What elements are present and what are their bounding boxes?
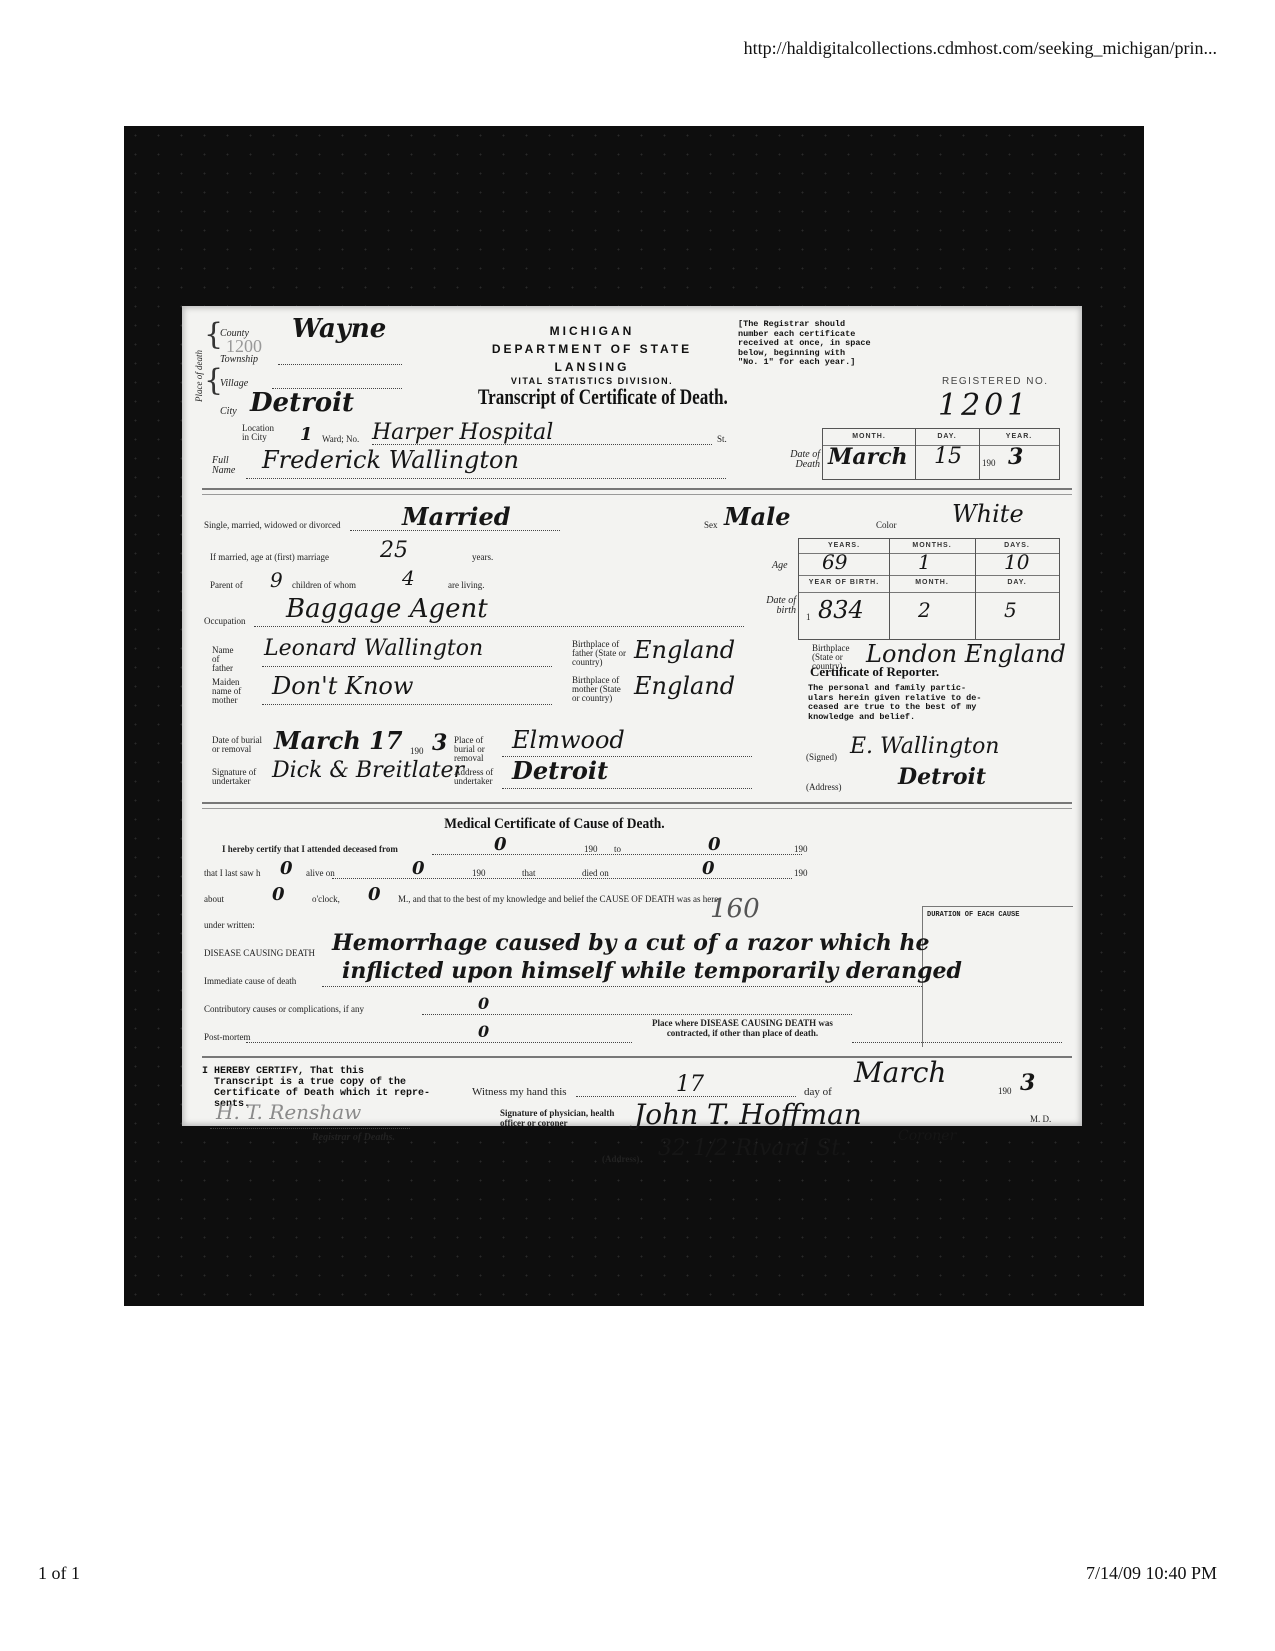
mother-line xyxy=(262,704,552,705)
year-prefix: 190 xyxy=(584,844,598,854)
died-on-label: died on xyxy=(582,868,609,878)
burial-year-suffix: 3 xyxy=(432,730,447,756)
place-of-death-side-label: Place of death xyxy=(194,350,204,402)
undertaker-address-label: Address of undertaker xyxy=(454,768,500,786)
reporter-title: Certificate of Reporter. xyxy=(810,664,939,680)
immediate-cause-value: inflicted upon himself while temporarily… xyxy=(342,958,962,984)
registrar-note: [The Registrar should number each certif… xyxy=(738,320,871,368)
oclock-label: o'clock, xyxy=(312,894,340,904)
state-heading: MICHIGAN xyxy=(482,324,702,338)
city-value: Detroit xyxy=(250,388,354,418)
alive-on-label: alive on xyxy=(306,868,335,878)
age-at-marriage-label: If married, age at (first) marriage xyxy=(210,552,329,562)
place-contracted-label: Place where DISEASE CAUSING DEATH was co… xyxy=(652,1018,833,1038)
col-year: YEAR. xyxy=(979,433,1059,440)
full-name-line xyxy=(246,478,726,479)
city-label: City xyxy=(220,406,237,417)
contributory-line xyxy=(422,1014,852,1015)
age-months: 1 xyxy=(918,550,931,574)
birth-month: 2 xyxy=(918,598,931,622)
street-line xyxy=(372,444,712,445)
witness-month: March xyxy=(854,1056,946,1089)
mother-birthplace-value: England xyxy=(634,672,735,700)
place-contracted-line xyxy=(852,1042,1062,1043)
physician-address: 32 1/2 Rivard St. xyxy=(658,1136,847,1161)
place-contracted-line: contracted, if other than place of death… xyxy=(652,1028,833,1038)
cause-of-death-intro: M., and that to the best of my knowledge… xyxy=(398,894,721,904)
post-mortem-value: 0 xyxy=(478,1022,489,1041)
death-certificate: Place of death { { County 1200 Wayne Tow… xyxy=(182,306,1082,1126)
disease-value: Hemorrhage caused by a cut of a razor wh… xyxy=(332,930,930,956)
children-living: 4 xyxy=(402,566,415,590)
undertaker-signature-label: Signature of undertaker xyxy=(212,768,264,786)
last-saw-line xyxy=(332,878,792,879)
children-mid-label: children of whom xyxy=(292,580,356,590)
physician-signature: John T. Hoffman xyxy=(634,1098,862,1131)
day-of-label: day of xyxy=(804,1086,832,1098)
medical-line1-text: I hereby certify that I attended decease… xyxy=(222,844,398,854)
print-footer-datetime: 7/14/09 10:40 PM xyxy=(1086,1563,1217,1584)
department-heading: DEPARTMENT OF STATE xyxy=(442,342,742,356)
to-label: to xyxy=(614,844,621,854)
post-mortem-label: Post-mortem xyxy=(204,1032,251,1042)
children-suffix: are living. xyxy=(448,580,485,590)
last-saw-value: 0 xyxy=(280,858,293,879)
witness-day-line xyxy=(576,1096,796,1097)
reporter-address-label: (Address) xyxy=(806,782,842,792)
age-years: 69 xyxy=(822,550,847,574)
mother-label: Maiden name of mother xyxy=(212,678,242,705)
occupation-label: Occupation xyxy=(204,616,245,626)
medical-section-title: Medical Certificate of Cause of Death. xyxy=(444,816,664,833)
color-label: Color xyxy=(876,520,897,530)
print-header-url: http://haldigitalcollections.cdmhost.com… xyxy=(744,38,1217,59)
place-contracted-line: Place where DISEASE CAUSING DEATH was xyxy=(652,1018,833,1028)
age-days: 10 xyxy=(1004,550,1029,574)
section-divider xyxy=(202,488,1072,495)
witness-year-suffix: 3 xyxy=(1020,1070,1035,1096)
col-months: MONTHS. xyxy=(889,542,975,549)
father-label: Name of father xyxy=(212,646,242,673)
annotation-160: 160 xyxy=(710,894,760,924)
full-name-value: Frederick Wallington xyxy=(262,446,519,474)
street-suffix: St. xyxy=(717,434,727,444)
year-prefix: 190 xyxy=(472,868,486,878)
children-count: 9 xyxy=(270,568,283,592)
contributory-label: Contributory causes or complications, if… xyxy=(204,1004,364,1014)
registered-no-value: 1201 xyxy=(938,388,1030,423)
reporter-address: Detroit xyxy=(898,764,986,790)
undertaker-address-line xyxy=(502,788,752,789)
disease-label: DISEASE CAUSING DEATH xyxy=(204,948,315,958)
burial-year-prefix: 190 xyxy=(410,746,424,756)
md-suffix: M. D. xyxy=(1030,1114,1051,1124)
registrar-signature-line xyxy=(210,1128,410,1129)
township-line xyxy=(278,364,402,365)
undertaker-signature: Dick & Breitlater xyxy=(272,758,464,783)
burial-date: March 17 xyxy=(274,726,403,755)
post-mortem-line xyxy=(246,1042,632,1043)
birth-day: 5 xyxy=(1004,598,1017,622)
col-years: YEARS. xyxy=(799,542,889,549)
death-year-suffix: 3 xyxy=(1008,444,1023,470)
reporter-text-line: knowledge and belief. xyxy=(808,713,981,723)
sex-value: Male xyxy=(724,502,791,531)
marital-line xyxy=(350,530,560,531)
burial-place: Elmwood xyxy=(512,726,625,754)
attended-to-value: 0 xyxy=(708,834,721,855)
death-year-prefix: 190 xyxy=(982,458,996,468)
witness-year-prefix: 190 xyxy=(998,1086,1012,1096)
sex-label: Sex xyxy=(704,520,718,530)
location-in-city-label: Location in City xyxy=(242,424,282,442)
undertaker-address: Detroit xyxy=(512,756,608,785)
registrar-signature: H. T. Renshaw xyxy=(216,1100,361,1124)
physician-address-label: (Address) xyxy=(602,1154,639,1164)
under-written-label: under written: xyxy=(204,920,255,930)
occupation-line xyxy=(254,626,744,627)
mother-birthplace-label: Birthplace of mother (State or country) xyxy=(572,676,628,703)
medical-line1: I hereby certify that I attended decease… xyxy=(222,844,398,854)
registrar-note-line: "No. 1" for each year.] xyxy=(738,358,871,368)
mother-name: Don't Know xyxy=(272,672,413,700)
died-on-value: 0 xyxy=(702,858,715,879)
father-birthplace-label: Birthplace of father (State or country) xyxy=(572,640,628,667)
street-value: Harper Hospital xyxy=(372,420,553,445)
reporter-signature: E. Wallington xyxy=(850,734,999,759)
col-year-of-birth: YEAR OF BIRTH. xyxy=(799,579,889,586)
physician-title: Coroner xyxy=(898,1128,956,1144)
about-label: about xyxy=(204,894,224,904)
reporter-text: The personal and family partic- ulars he… xyxy=(808,684,981,722)
that-label: that xyxy=(522,868,536,878)
township-label: Township xyxy=(220,354,258,365)
scanned-image-frame: Place of death { { County 1200 Wayne Tow… xyxy=(124,126,1144,1306)
col-days: DAYS. xyxy=(975,542,1059,549)
duration-label: DURATION OF EACH CAUSE xyxy=(923,907,1073,923)
birth-year-prefix: 1 xyxy=(806,612,811,622)
year-prefix: 190 xyxy=(794,844,808,854)
last-saw-label: that I last saw h xyxy=(204,868,261,878)
immediate-cause-label: Immediate cause of death xyxy=(204,976,296,986)
village-label: Village xyxy=(220,378,248,389)
certify-text-line: Transcript is a true copy of the xyxy=(202,1077,430,1088)
death-day: 15 xyxy=(934,444,962,469)
witness-day: 17 xyxy=(676,1072,704,1097)
year-prefix: 190 xyxy=(794,868,808,878)
col-birth-month: MONTH. xyxy=(889,579,975,586)
col-day: DAY. xyxy=(915,433,979,440)
father-line xyxy=(262,666,552,667)
certify-text-line: Certificate of Death which it repre- xyxy=(202,1088,430,1099)
section-divider xyxy=(202,802,1072,809)
alive-on-value: 0 xyxy=(412,858,425,879)
city-heading: LANSING xyxy=(482,360,702,374)
attended-line xyxy=(432,854,802,855)
father-birthplace-value: England xyxy=(634,636,735,664)
father-name: Leonard Wallington xyxy=(264,636,483,661)
age-label: Age xyxy=(772,560,788,571)
age-at-marriage-suffix: years. xyxy=(472,552,493,562)
certify-text-line: I HEREBY CERTIFY, That this xyxy=(202,1066,430,1077)
date-of-death-label: Date of Death xyxy=(780,450,820,470)
registrar-label: Registrar of Deaths. xyxy=(312,1132,395,1143)
ward-value: 1 xyxy=(300,424,313,445)
attended-from-value: 0 xyxy=(494,834,507,855)
death-month: March xyxy=(828,444,908,470)
occupation-value: Baggage Agent xyxy=(286,594,488,624)
certificate-title: Transcript of Certificate of Death. xyxy=(478,384,728,410)
col-month: MONTH. xyxy=(823,433,915,440)
am-pm-value: 0 xyxy=(368,884,381,905)
reporter-signed-label: (Signed) xyxy=(806,752,837,762)
ward-label: Ward; No. xyxy=(322,434,359,444)
full-name-label: Full Name xyxy=(212,456,242,476)
registered-no-label: REGISTERED NO. xyxy=(942,376,1049,387)
county-value: Wayne xyxy=(292,314,386,344)
oclock-value: 0 xyxy=(272,884,285,905)
marital-value: Married xyxy=(402,502,511,531)
parent-of-label: Parent of xyxy=(210,580,243,590)
col-birth-day: DAY. xyxy=(975,579,1059,586)
contributory-value: 0 xyxy=(478,994,489,1013)
age-at-marriage-value: 25 xyxy=(380,538,408,563)
marital-label: Single, married, widowed or divorced xyxy=(204,520,340,530)
birth-year: 834 xyxy=(818,596,864,624)
color-value: White xyxy=(952,500,1024,528)
witness-label: Witness my hand this xyxy=(472,1086,567,1098)
physician-label: Signature of physician, health officer o… xyxy=(500,1108,620,1128)
burial-date-label: Date of burial or removal xyxy=(212,736,264,754)
immediate-cause-line xyxy=(322,986,922,987)
date-of-birth-label: Date of birth xyxy=(752,596,796,616)
print-footer-page: 1 of 1 xyxy=(38,1563,80,1584)
